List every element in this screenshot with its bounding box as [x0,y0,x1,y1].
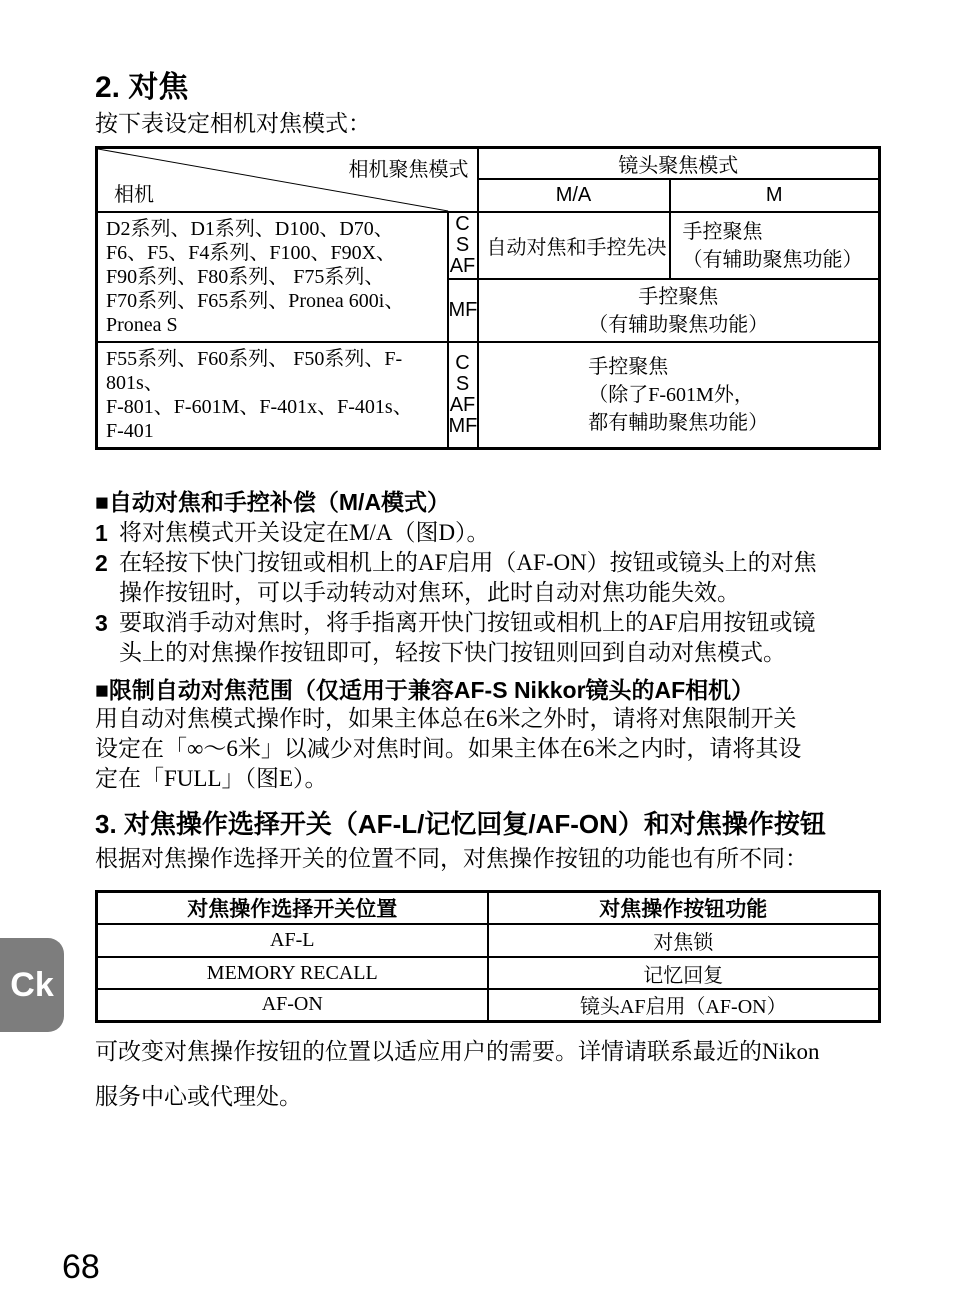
af-mode-cell-1: C S AF [448,212,478,279]
focus-switch-intro: 根据对焦操作选择开关的位置不同，对焦操作按钮的功能也有所不同： [95,844,878,874]
af-limit-paragraph: 用自动对焦模式操作时，如果主体总在6米之外时，请将对焦限制开关 设定在「∞～6米… [95,704,878,794]
button-function-value: 镜头AF启用（AF-ON） [488,989,880,1021]
step-number: 3 [95,608,119,668]
page-number: 68 [62,1248,100,1287]
button-function-value: 记忆回复 [488,957,880,989]
camera-list-cell-2: F55系列、F60系列、 F50系列、F-801s、 F-801、F-601M、… [97,342,448,449]
page-title: 2. 对焦 [95,72,878,104]
switch-position-value: AF-L [97,924,488,957]
m-result-cell: 手控聚焦 （有辅助聚焦功能） [670,212,880,279]
table-row: AF-ON 镜头AF启用（AF-ON） [97,989,880,1021]
ma-step-list: 1 将对焦模式开关设定在M/A（图D）。 2 在轻按下快门按钮或相机上的AF启用… [95,518,878,668]
table-row: AF-L 对焦锁 [97,924,880,957]
step-text: 将对焦模式开关设定在M/A（图D）。 [119,518,878,548]
list-item: 3 要取消手动对焦时，将手指离开快门按钮或相机上的AF启用按钮或镜 头上的对焦操… [95,608,878,668]
focus-switch-table: 对焦操作选择开关位置 对焦操作按钮功能 AF-L 对焦锁 MEMORY RECA… [95,890,881,1023]
page-content: 2. 对焦 按下表设定相机对焦模式： 相机聚焦模式 相机 镜头聚焦模式 M/A … [95,0,878,1119]
manual-focus-result-cell: 手控聚焦 （除了F-601M外， 都有輔助聚焦功能） [478,342,880,449]
ma-result-cell: 自动对焦和手控先决 [478,212,670,279]
corner-label-camera-focus-mode: 相机聚焦模式 [349,153,469,182]
header-ma: M/A [478,179,670,212]
table-row: D2系列、D1系列、D100、D70、 F6、F5、F4系列、F100、F90X… [97,212,880,279]
service-note: 可改变对焦操作按钮的位置以适应用户的需要。详情请联系最近的Nikon 服务中心或… [95,1029,878,1119]
af-mode-cell-2: C S AF MF [448,342,478,449]
section-heading-af-limit: ■限制自动对焦范围（仅适用于兼容AF-S Nikkor镜头的AF相机） [95,676,878,704]
section-heading-ma-mode: ■自动对焦和手控补偿（M/A模式） [95,488,878,516]
focus-mode-table: 相机聚焦模式 相机 镜头聚焦模式 M/A M D2系列、D1系列、D100、D7… [95,146,881,450]
manual-page: 2. 对焦 按下表设定相机对焦模式： 相机聚焦模式 相机 镜头聚焦模式 M/A … [0,0,954,1314]
switch-position-value: MEMORY RECALL [97,957,488,989]
language-tab-ck: Ck [0,938,64,1032]
step-number: 1 [95,518,119,548]
corner-label-camera: 相机 [114,178,154,207]
diagonal-header-cell: 相机聚焦模式 相机 [97,148,478,213]
mf-result-cell: 手控聚焦 （有辅助聚焦功能） [478,279,880,342]
subtitle: 按下表设定相机对焦模式： [95,108,878,140]
table-header-row: 对焦操作选择开关位置 对焦操作按钮功能 [97,892,880,925]
switch-position-header: 对焦操作选择开关位置 [97,892,488,925]
header-m: M [670,179,880,212]
list-item: 1 将对焦模式开关设定在M/A（图D）。 [95,518,878,548]
button-function-header: 对焦操作按钮功能 [488,892,880,925]
mf-mode-cell-1: MF [448,279,478,342]
table-row: MEMORY RECALL 记忆回复 [97,957,880,989]
step-number: 2 [95,548,119,608]
camera-list-cell-1: D2系列、D1系列、D100、D70、 F6、F5、F4系列、F100、F90X… [97,212,448,342]
header-lens-focus-mode: 镜头聚焦模式 [478,148,880,180]
table-row: F55系列、F60系列、 F50系列、F-801s、 F-801、F-601M、… [97,342,880,449]
step-text: 要取消手动对焦时，将手指离开快门按钮或相机上的AF启用按钮或镜 头上的对焦操作按… [119,608,878,668]
list-item: 2 在轻按下快门按钮或相机上的AF启用（AF-ON）按钮或镜头上的对焦 操作按钮… [95,548,878,608]
step-text: 在轻按下快门按钮或相机上的AF启用（AF-ON）按钮或镜头上的对焦 操作按钮时，… [119,548,878,608]
manual-focus-result-text: 手控聚焦 （除了F-601M外， 都有輔助聚焦功能） [588,353,768,437]
switch-position-value: AF-ON [97,989,488,1021]
table-header-row: 相机聚焦模式 相机 镜头聚焦模式 [97,148,880,180]
section-heading-focus-switch: 3. 对焦操作选择开关（AF-L/记忆回复/AF-ON）和对焦操作按钮 [95,808,878,840]
button-function-value: 对焦锁 [488,924,880,957]
